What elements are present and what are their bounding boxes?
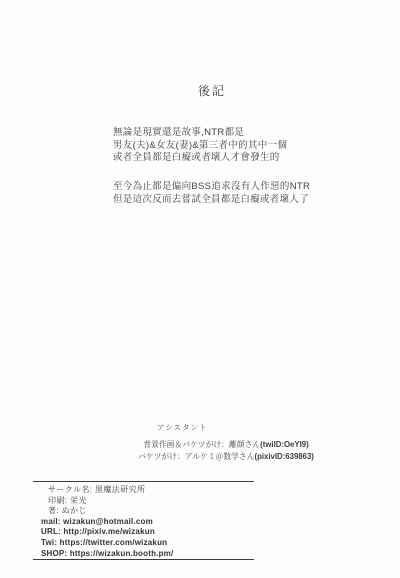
afterword-page: 後記 無論是現實還是故事,NTR都是 男友(夫)&女友(妻)&第三者中的其中一個…	[0, 0, 400, 578]
colophon-block: サークル名: 黒魔法研究所 印刷: 栄光 著: ぬかじ mail: wizaku…	[41, 485, 173, 559]
afterword-line: 或者全員都是白癡或者壞人才會發生的	[113, 152, 287, 165]
afterword-line: 但是這次反而去嘗試全員都是白癡或者壞人了	[113, 194, 310, 207]
credit-line-background-art: 背景作画＆バケツがけ：離顔さん(twiID:OeYI9)	[52, 439, 400, 451]
colophon-printer: 印刷: 栄光	[41, 496, 173, 507]
divider-bottom	[33, 559, 254, 560]
colophon-url: URL: http://pixiv.me/wizakun	[41, 527, 173, 538]
colophon-circle-name: サークル名: 黒魔法研究所	[41, 485, 173, 496]
page-title: 後記	[0, 82, 400, 99]
credit-line-bucket-fill: バケツがけ：アルケミ＠数学さん(pixivID:639863)	[52, 451, 400, 463]
afterword-line: 男友(夫)&女友(妻)&第三者中的其中一個	[113, 140, 287, 153]
colophon-shop: SHOP: https://wizakun.booth.pm/	[41, 549, 173, 560]
colophon-author: 著: ぬかじ	[41, 506, 173, 517]
afterword-paragraph-2: 至今為止都是偏向BSS追求沒有人作惡的NTR 但是這次反而去嘗試全員都是白癡或者…	[113, 181, 310, 206]
credit-pixiv-id: (pixivID:639863)	[255, 452, 314, 461]
assistant-heading: アシスタント	[157, 422, 207, 433]
afterword-paragraph-1: 無論是現實還是故事,NTR都是 男友(夫)&女友(妻)&第三者中的其中一個 或者…	[113, 127, 287, 165]
assistant-credits: 背景作画＆バケツがけ：離顔さん(twiID:OeYI9) バケツがけ：アルケミ＠…	[52, 439, 400, 462]
afterword-line: 至今為止都是偏向BSS追求沒有人作惡的NTR	[113, 181, 310, 194]
credit-role-and-name: バケツがけ：アルケミ＠数学さん	[138, 452, 254, 461]
credit-role-and-name: 背景作画＆バケツがけ：離顔さん	[143, 440, 260, 449]
divider-top	[33, 481, 254, 482]
afterword-line: 無論是現實還是故事,NTR都是	[113, 127, 287, 140]
colophon-twitter: Twi: https://twitter.com/wizakun	[41, 538, 173, 549]
colophon-mail: mail: wizakun@hotmail.com	[41, 517, 173, 528]
credit-twitter-id: (twiID:OeYI9)	[260, 440, 309, 449]
